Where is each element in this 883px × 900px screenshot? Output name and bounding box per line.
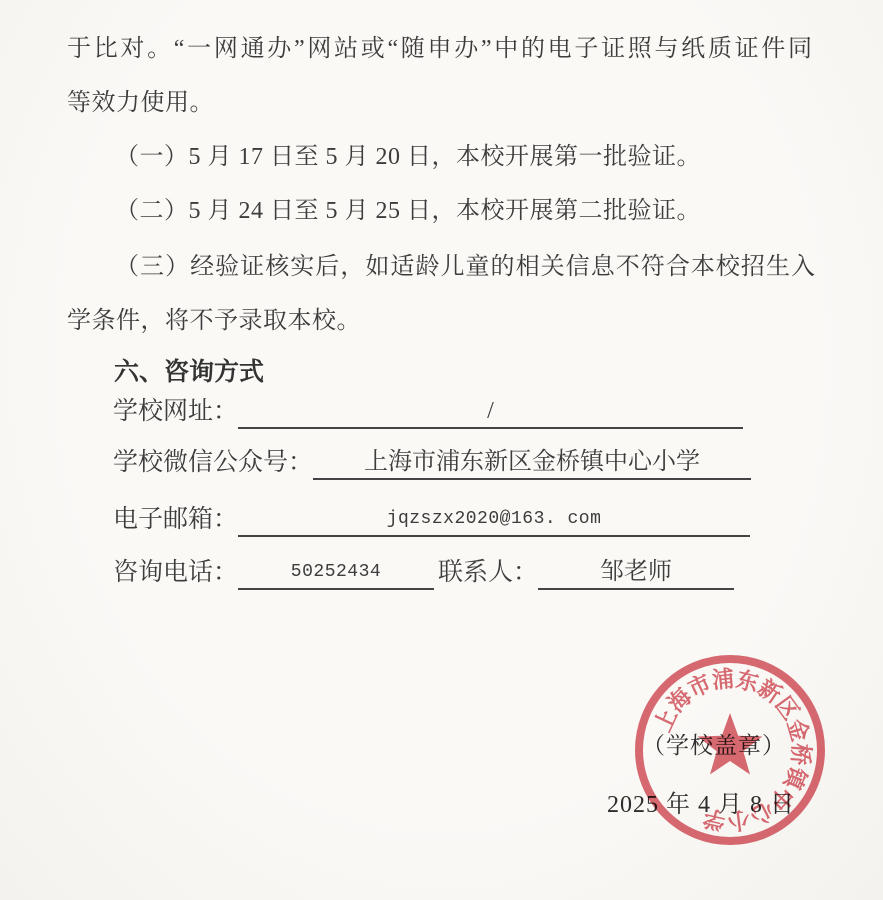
- document-date: 2025 年 4 月 8 日: [607, 784, 795, 819]
- contact-label: 联系人：: [438, 556, 538, 590]
- body-line-3: （一）5 月 17 日至 5 月 20 日，本校开展第一批验证。: [115, 136, 701, 171]
- form-row-phone-contact: 咨询电话： 50252434 联系人： 邹老师: [113, 556, 734, 590]
- seal-caption: （学校盖章）: [642, 727, 786, 760]
- contact-blank: 邹老师: [538, 556, 734, 590]
- body-line-2: 等效力使用。: [67, 82, 214, 117]
- website-label: 学校网址：: [113, 395, 238, 429]
- email-label: 电子邮箱：: [113, 503, 238, 537]
- section-heading: 六、咨询方式: [114, 352, 264, 388]
- document-page: 于比对。“一网通办”网站或“随申办”中的电子证照与纸质证件同 等效力使用。 （一…: [0, 0, 883, 900]
- body-line-5: （三）经验证核实后，如适龄儿童的相关信息不符合本校招生入: [115, 246, 815, 281]
- wechat-blank: 上海市浦东新区金桥镇中心小学: [313, 446, 751, 480]
- website-blank: /: [238, 395, 743, 429]
- form-row-email: 电子邮箱： jqzszx2020@163. com: [113, 503, 750, 537]
- phone-blank: 50252434: [238, 556, 434, 590]
- phone-label: 咨询电话：: [113, 556, 238, 590]
- body-line-6: 学条件，将不予录取本校。: [67, 300, 361, 335]
- body-line-1: 于比对。“一网通办”网站或“随申办”中的电子证照与纸质证件同: [67, 28, 812, 63]
- wechat-label: 学校微信公众号：: [113, 446, 313, 480]
- body-line-4: （二）5 月 24 日至 5 月 25 日，本校开展第二批验证。: [115, 190, 701, 225]
- form-row-website: 学校网址： /: [113, 395, 743, 429]
- form-row-wechat: 学校微信公众号： 上海市浦东新区金桥镇中心小学: [113, 446, 751, 480]
- email-blank: jqzszx2020@163. com: [238, 503, 750, 537]
